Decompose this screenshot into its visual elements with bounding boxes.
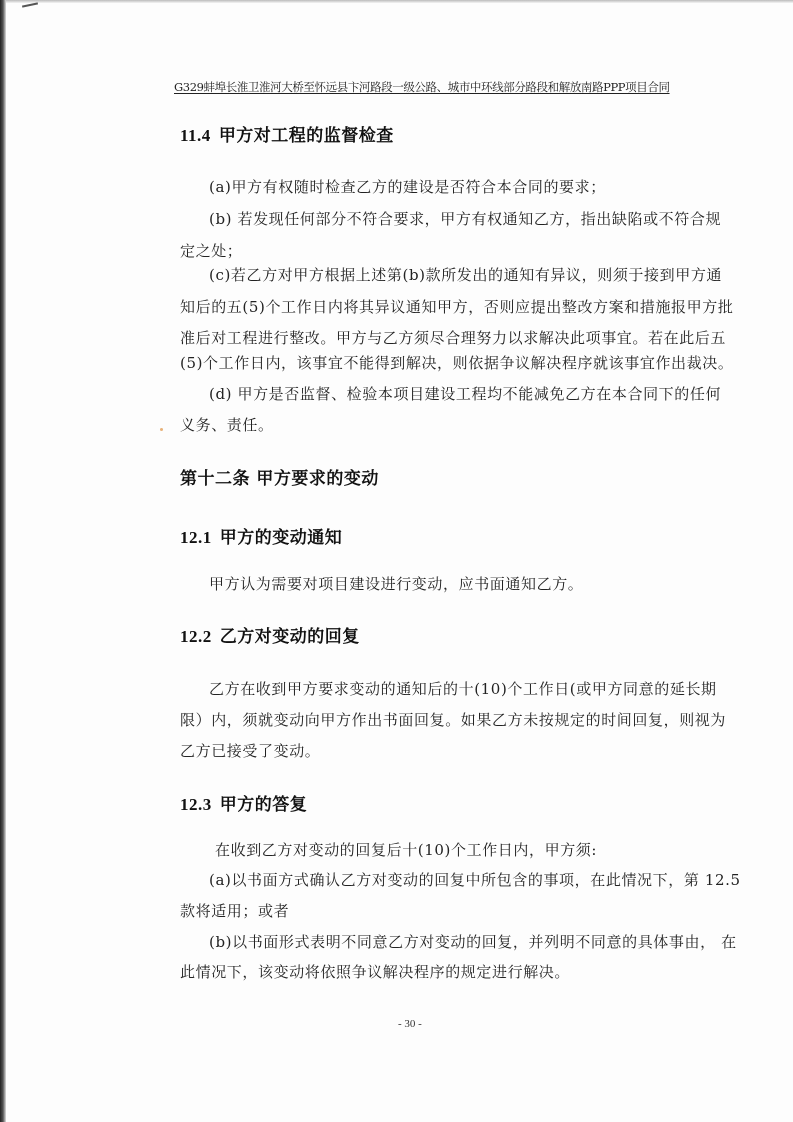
running-header: G329蚌埠长淮卫淮河大桥至怀远县卞河路段一级公路、城市中环线部分路段和解放南路… [174,79,694,95]
section-heading-12-1: 12.1甲方的变动通知 [180,523,342,548]
paragraph-line: 乙方已接受了变动。 [180,740,320,761]
paragraph-line: (b)以书面形式表明不同意乙方对变动的回复，并列明不同意的具体事由， 在 [209,931,737,952]
paragraph-line: 此情况下，该变动将依照争议解决程序的规定进行解决。 [180,961,570,982]
paragraph-line: (5)个工作日内，该事宜不能得到解决，则依据争议解决程序就该事宜作出裁决。 [180,352,733,373]
paragraph-line: 限）内，须就变动向甲方作出书面回复。如果乙方未按规定的时间回复，则视为 [180,709,726,730]
page-number: - 30 - [398,1018,422,1030]
section-number: 11.4 [180,126,211,145]
paragraph-line: 乙方在收到甲方要求变动的通知后的十(10)个工作日(或甲方同意的延长期 [209,678,717,699]
section-title: 甲方的变动通知 [220,528,343,548]
section-title: 甲方的答复 [220,795,308,815]
section-title: 甲方对工程的监督检查 [219,126,394,146]
paragraph-line: 准后对工程进行整改。甲方与乙方须尽合理努力以求解决此项事宜。若在此后五 [180,327,726,348]
section-title: 乙方对变动的回复 [220,627,360,647]
paragraph-line: 定之处； [180,240,242,261]
paragraph-line: 义务、责任。 [180,414,274,435]
scan-speck [160,428,163,431]
section-number: 12.3 [180,795,212,814]
scan-left-edge [0,0,6,1122]
section-heading-12-2: 12.2乙方对变动的回复 [180,622,360,647]
paragraph-line: (a)甲方有权随时检查乙方的建设是否符合本合同的要求； [209,176,606,197]
paragraph-line: 款将适用；或者 [180,900,289,921]
section-number: 12.1 [180,528,212,547]
article-heading-12: 第十二条 甲方要求的变动 [180,464,379,489]
paragraph-line: (a)以书面方式确认乙方对变动的回复中所包含的事项，在此情况下，第 12.5 [209,869,741,890]
paragraph-line: (c)若乙方对甲方根据上述第(b)款所发出的通知有异议，则须于接到甲方通 [209,264,722,285]
section-heading-11-4: 11.4甲方对工程的监督检查 [180,121,394,146]
paragraph-line: 甲方认为需要对项目建设进行变动，应书面通知乙方。 [209,573,583,594]
paragraph-line: 知后的五(5)个工作日内将其异议通知甲方，否则应提出整改方案和措施报甲方批 [180,296,733,317]
section-heading-12-3: 12.3甲方的答复 [180,790,307,815]
section-number: 12.2 [180,627,212,646]
paragraph-line: (d) 甲方是否监督、检验本项目建设工程均不能减免乙方在本合同下的任何 [209,383,721,404]
paragraph-line: 在收到乙方对变动的回复后十(10)个工作日内，甲方须: [215,839,597,860]
scan-top-edge [0,0,793,3]
paragraph-line: (b) 若发现任何部分不符合要求，甲方有权通知乙方，指出缺陷或不符合规 [209,208,721,229]
scan-artifact [22,2,38,7]
